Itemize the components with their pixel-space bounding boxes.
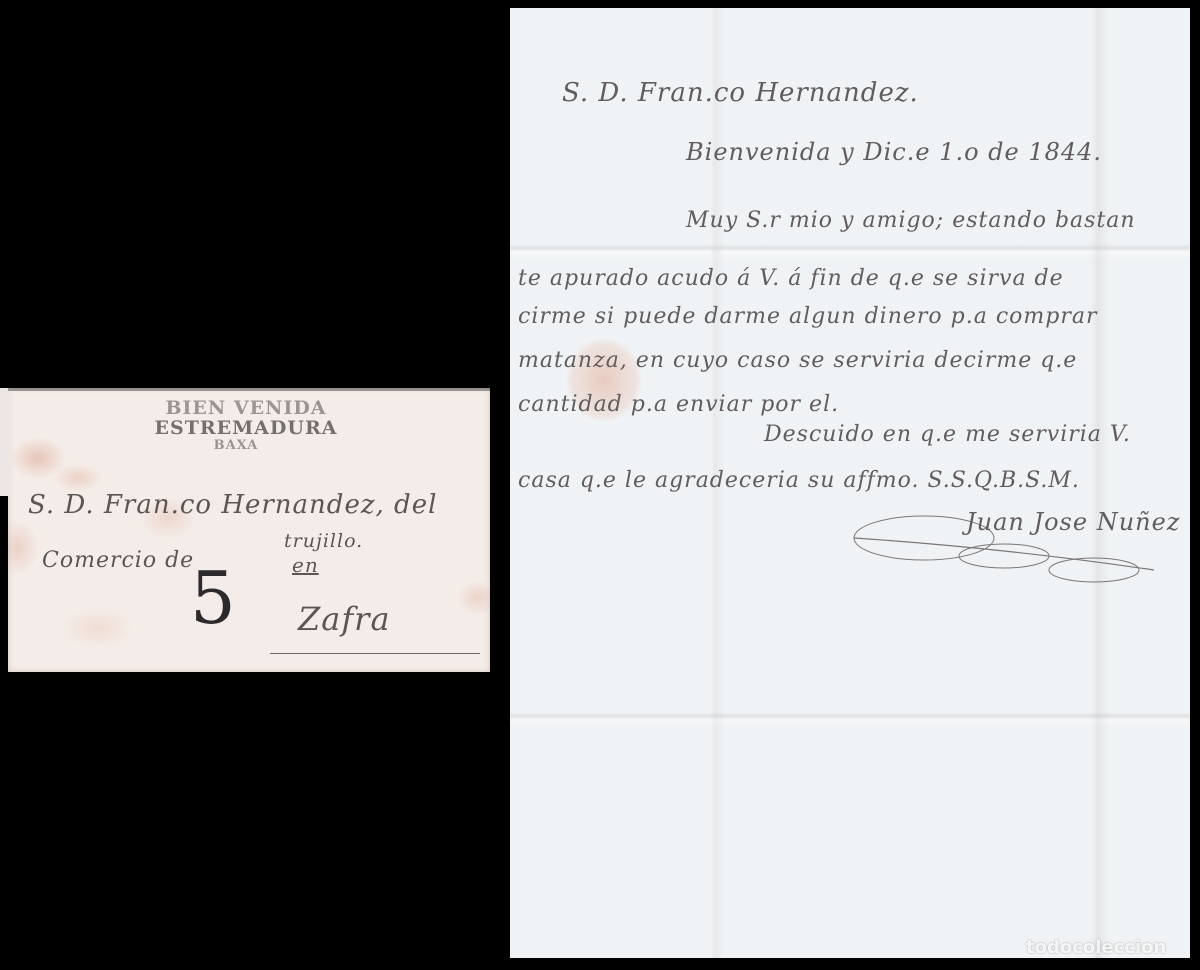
address-trade: Comercio de [42, 548, 194, 573]
letter-body-line: casa q.e le agradeceria su affmo. S.S.Q.… [518, 468, 1080, 493]
letter-body-line: matanza, en cuyo caso se serviria decirm… [518, 348, 1077, 373]
postmark-line-2: ESTREMADURA [116, 418, 376, 438]
postmark-stamp: BIEN VENIDA ESTREMADURA BAXA [116, 398, 376, 454]
address-destination-city: Zafra [298, 600, 391, 638]
address-preposition: en [292, 553, 319, 577]
cover-fold-flap [0, 388, 12, 496]
letter-dateline: Bienvenida y Dic.e 1.o de 1844. [686, 138, 1102, 166]
letter-body-line: Muy S.r mio y amigo; estando bastan [686, 208, 1136, 233]
letter-signature: Juan Jose Nuñez [966, 508, 1180, 536]
letter-body-line: Descuido en q.e me serviria V. [764, 422, 1131, 447]
address-origin: trujillo. [284, 530, 363, 552]
watermark-text: todocoleccion [1026, 937, 1166, 958]
address-underline [270, 653, 480, 654]
postmark-line-3: BAXA [116, 438, 356, 454]
letter-salutation: S. D. Fran.co Hernandez. [562, 78, 919, 108]
address-recipient: S. D. Fran.co Hernandez, del [28, 490, 437, 520]
postmark-line-1: BIEN VENIDA [116, 398, 376, 418]
letter-page: S. D. Fran.co Hernandez. Bienvenida y Di… [510, 8, 1190, 958]
letter-cover-envelope: BIEN VENIDA ESTREMADURA BAXA S. D. Fran.… [8, 388, 490, 672]
letter-body-line: te apurado acudo á V. á fin de q.e se si… [518, 266, 1064, 291]
cover-edge-shadow [8, 388, 490, 391]
postage-rate-mark: 5 [190, 558, 236, 638]
letter-body-line: cantidad p.a enviar por el. [518, 392, 839, 417]
letter-body-line: cirme si puede darme algun dinero p.a co… [518, 304, 1098, 329]
